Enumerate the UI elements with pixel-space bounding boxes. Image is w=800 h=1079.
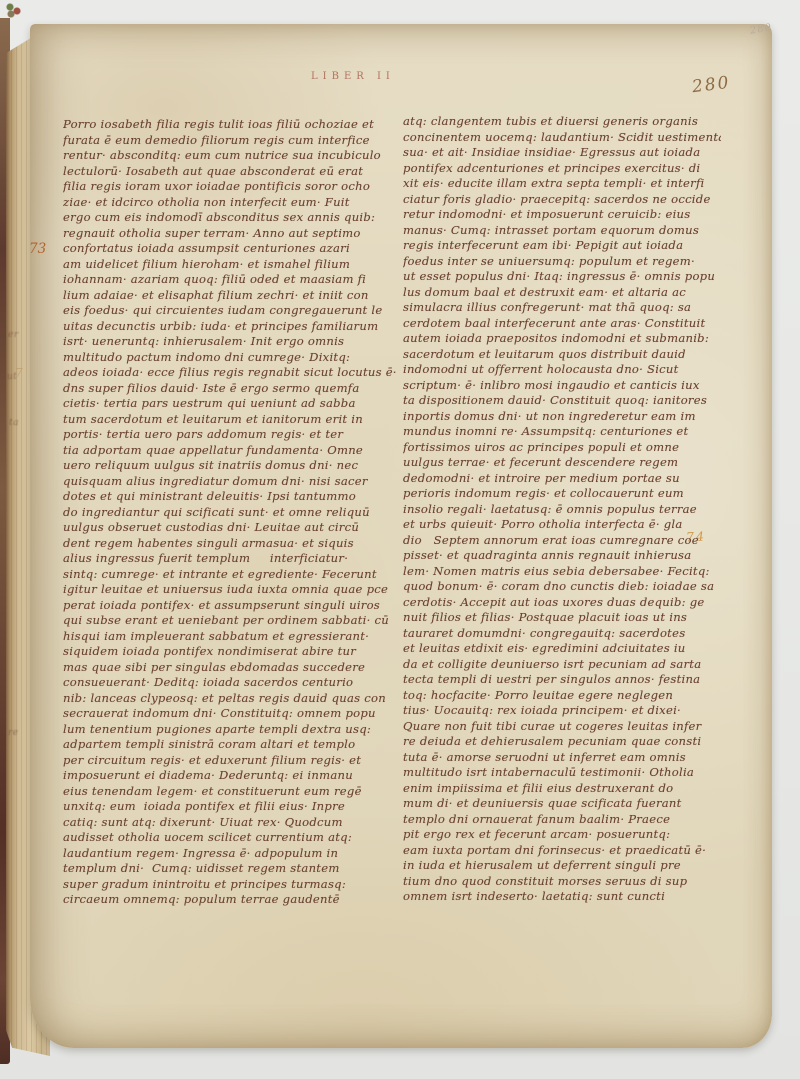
showthrough-fragment: ta (9, 418, 19, 428)
text-column-right: atq: clangentem tubis et diuersi generis… (403, 114, 721, 909)
margin-chapter-number-left: 73 (29, 241, 46, 257)
showthrough-fragment: re (8, 728, 19, 738)
margin-faint-mark-left: 7 (15, 366, 23, 380)
text-column-left: Porro iosabeth filia regis tulit ioas fi… (63, 117, 409, 912)
endband-decoration (5, 2, 23, 18)
running-header: LIBER II (311, 71, 395, 82)
showthrough-fragment: er (8, 330, 19, 340)
